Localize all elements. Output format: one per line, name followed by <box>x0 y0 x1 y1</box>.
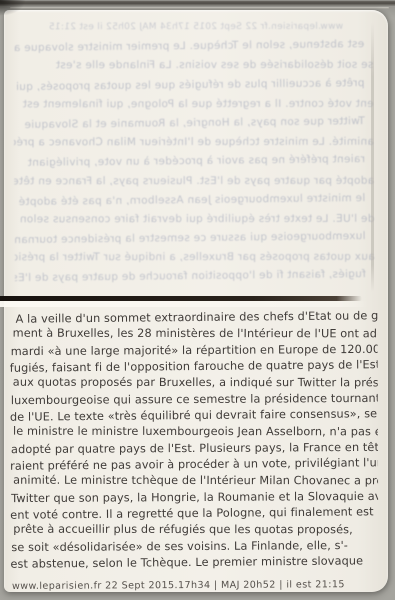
scanned-photo: www.leparisien.fr 22 Sept 2015 17h34 MAJ… <box>0 0 395 600</box>
bleedthrough-line: de l'UE. Le texte très équilibré qui dev… <box>14 210 374 230</box>
bleedthrough-line: ent voté contre. Il a regretté que la Po… <box>14 94 374 114</box>
handwritten-paragraph: A la veille d'un sommet extraordinaire d… <box>10 309 379 572</box>
notebook-page: www.leparisien.fr 22 Sept 2015 17h34 MAJ… <box>4 10 388 592</box>
handwritten-line: prête à accueillir plus de réfugiés que … <box>10 522 378 539</box>
under-page-edge <box>371 22 374 292</box>
bleedthrough-line: raient préféré ne pas avoir à procéder à… <box>14 150 374 173</box>
bleedthrough-line: adopté par quatre pays de l'Est. Plusieu… <box>14 171 374 191</box>
source-citation-line: www.leparisien.fr 22 Sept 2015.17h34 | M… <box>12 579 378 592</box>
bleedthrough-line: le ministre luxembourgeois Jean Asselbor… <box>14 189 374 212</box>
bleedthrough-line: prête à accueillir plus de réfugiés que … <box>13 74 373 97</box>
handwritten-line: le ministre le ministre luxembourgeois J… <box>10 424 378 441</box>
page-stack-edge <box>10 7 389 9</box>
bleedthrough-line: www.leparisien.fr 22 Sept 2015 17h34 MAJ… <box>13 18 373 38</box>
handwritten-line: est abstenue, selon le Tchèque. Le premi… <box>10 553 378 572</box>
bleedthrough-line: Twitter que son pays, la Hongrie, la Rou… <box>14 112 374 135</box>
handwritten-line: aux quotas proposés par Bruxelles, a ind… <box>10 375 378 392</box>
ink-bleedthrough-mirrored-text: www.leparisien.fr 22 Sept 2015 17h34 MAJ… <box>13 17 375 292</box>
bleedthrough-line: fugiés, faisant fi de l'opposition farou… <box>15 265 375 288</box>
bleedthrough-line: se soit désolidarisée de ses voisins. La… <box>13 56 373 76</box>
handwritten-line: animité. Le ministre tchèque de l'Intéri… <box>10 473 378 490</box>
handwritten-line: ment à Bruxelles, les 28 ministères de l… <box>10 326 378 343</box>
page-fold-highlight <box>0 301 368 307</box>
notebook-cover-edge <box>0 1 395 6</box>
photo-corner-shadow <box>0 0 26 16</box>
